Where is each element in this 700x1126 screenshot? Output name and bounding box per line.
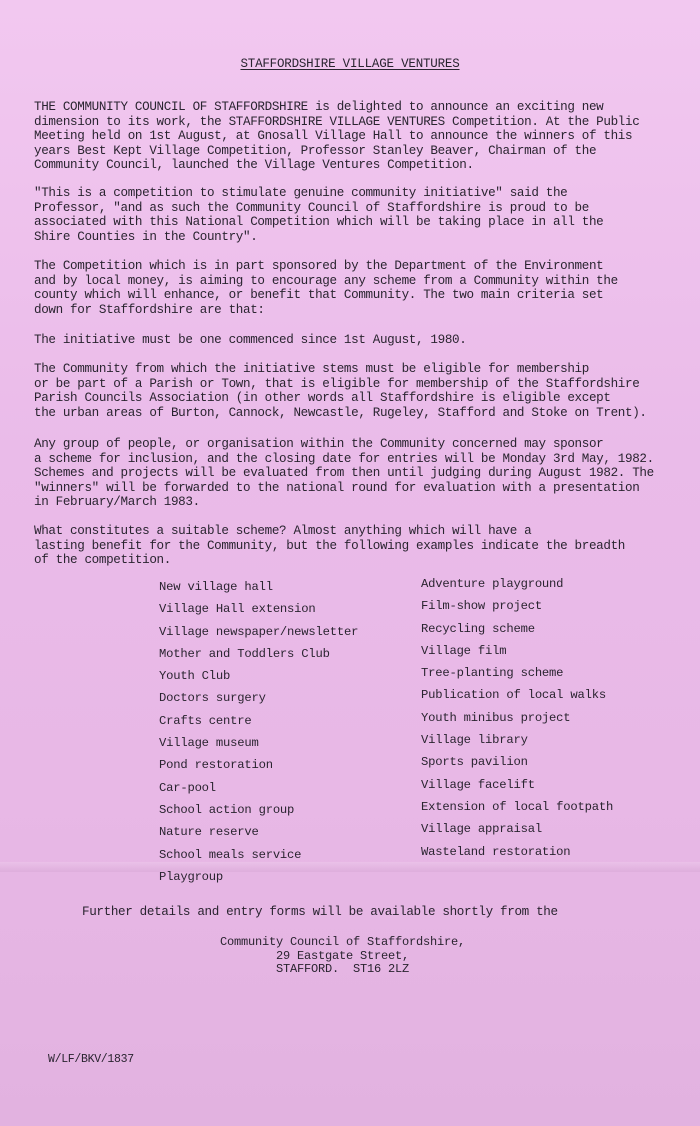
example-item: Village library: [421, 729, 613, 751]
examples-list-left: New village hallVillage Hall extensionVi…: [159, 576, 358, 888]
example-item: Village film: [421, 640, 613, 662]
address-block: Community Council of Staffordshire, 29 E…: [220, 936, 465, 977]
example-item: Village facelift: [421, 774, 613, 796]
example-item: Recycling scheme: [421, 618, 613, 640]
example-item: Sports pavilion: [421, 751, 613, 773]
example-item: Mother and Toddlers Club: [159, 643, 358, 665]
example-item: Village museum: [159, 732, 358, 754]
paragraph-sponsorship: The Competition which is in part sponsor…: [34, 259, 674, 317]
example-item: Youth Club: [159, 665, 358, 687]
paragraph-suitable-scheme: What constitutes a suitable scheme? Almo…: [34, 524, 674, 568]
examples-list-right: Adventure playgroundFilm-show projectRec…: [421, 573, 613, 863]
example-item: Crafts centre: [159, 710, 358, 732]
document-title: STAFFORDSHIRE VILLAGE VENTURES: [0, 57, 700, 71]
paragraph-announcement: THE COMMUNITY COUNCIL OF STAFFORDSHIRE i…: [34, 100, 674, 173]
example-item: Village newspaper/newsletter: [159, 621, 358, 643]
example-item: Doctors surgery: [159, 687, 358, 709]
example-item: Film-show project: [421, 595, 613, 617]
closing-line: Further details and entry forms will be …: [82, 905, 700, 920]
example-item: Adventure playground: [421, 573, 613, 595]
example-item: Publication of local walks: [421, 684, 613, 706]
example-item: School action group: [159, 799, 358, 821]
paragraph-criterion-1: The initiative must be one commenced sin…: [34, 333, 674, 348]
reference-code: W/LF/BKV/1837: [48, 1053, 134, 1066]
example-item: Playgroup: [159, 866, 358, 888]
paragraph-criterion-2: The Community from which the initiative …: [34, 362, 674, 420]
paragraph-quote: "This is a competition to stimulate genu…: [34, 186, 674, 244]
document-page: STAFFORDSHIRE VILLAGE VENTURES THE COMMU…: [0, 0, 700, 1126]
example-item: Car-pool: [159, 777, 358, 799]
example-item: Village appraisal: [421, 818, 613, 840]
paragraph-entries: Any group of people, or organisation wit…: [34, 437, 674, 510]
example-item: Tree-planting scheme: [421, 662, 613, 684]
example-item: Nature reserve: [159, 821, 358, 843]
example-item: Wasteland restoration: [421, 841, 613, 863]
example-item: New village hall: [159, 576, 358, 598]
example-item: Youth minibus project: [421, 707, 613, 729]
example-item: Pond restoration: [159, 754, 358, 776]
example-item: Village Hall extension: [159, 598, 358, 620]
example-item: Extension of local footpath: [421, 796, 613, 818]
example-item: School meals service: [159, 844, 358, 866]
